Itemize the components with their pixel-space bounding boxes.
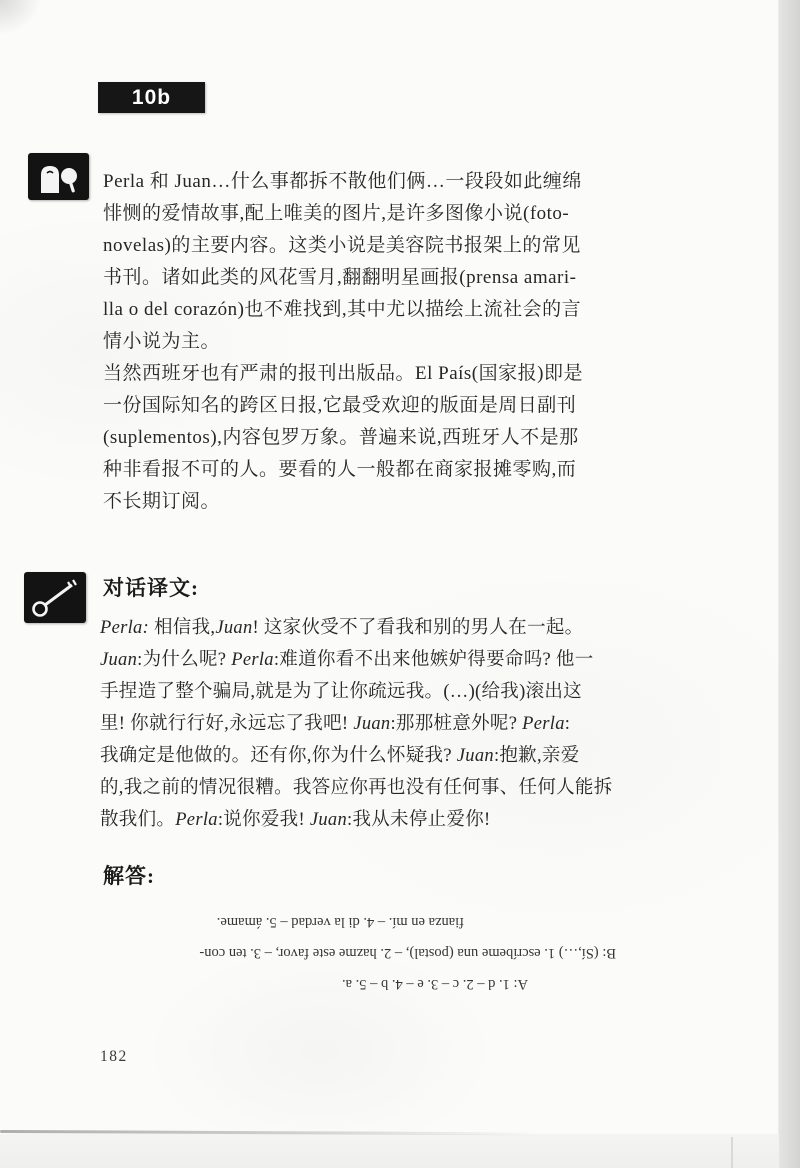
page-bottom-margin (0, 1134, 779, 1168)
culture-line: lla o del corazón)也不难找到,其中尤以描绘上流社会的言 (103, 294, 723, 326)
answer-line: A: 1. d – 2. c – 3. e – 4. b – 5. a. (124, 968, 528, 999)
culture-line: 不长期订阅。 (103, 486, 723, 518)
culture-line: novelas)的主要内容。这类小说是美容院书报架上的常见 (103, 230, 723, 262)
dialog-line: 里! 你就行行好,永远忘了我吧! Juan:那那桩意外呢? Perla: (100, 708, 725, 740)
culture-line: (suplementos),内容包罗万象。普遍来说,西班牙人不是那 (103, 422, 723, 454)
unit-badge: 10b (98, 82, 205, 113)
culture-text: Perla 和 Juan…什么事都拆不散他们俩…一段段如此缠绵悱恻的爱情故事,配… (103, 166, 723, 518)
culture-line: 悱恻的爱情故事,配上唯美的图片,是许多图像小说(foto- (103, 198, 723, 230)
culture-line: 书刊。诸如此类的风花雪月,翻翻明星画报(prensa amari- (103, 262, 723, 294)
answers-heading: 解答: (103, 860, 155, 890)
unit-badge-label: 10b (132, 86, 171, 110)
culture-line: 情小说为主。 (103, 326, 723, 358)
page-edge-shadow (778, 0, 800, 1168)
answer-line: fianza en mí. – 4. di la verdad – 5. áma… (124, 906, 464, 937)
book-page: 10b Perla 和 Juan…什么事都拆不散他们俩…一段段如此缠绵悱恻的爱情… (0, 0, 800, 1168)
culture-line: Perla 和 Juan…什么事都拆不散他们俩…一段段如此缠绵 (103, 166, 723, 198)
fotonovela-pictogram-icon (28, 153, 89, 200)
answer-key-icon (24, 572, 86, 623)
dialog-heading: 对话译文: (103, 572, 199, 602)
dialog-line: 我确定是他做的。还有你,你为什么怀疑我? Juan:抱歉,亲爱 (100, 740, 725, 772)
dialog-text: Perla: 相信我,Juan! 这家伙受不了看我和别的男人在一起。Juan:为… (100, 612, 725, 836)
answers-rotated-block: A: 1. d – 2. c – 3. e – 4. b – 5. a.B: (… (124, 906, 616, 999)
dialog-line: Perla: 相信我,Juan! 这家伙受不了看我和别的男人在一起。 (100, 612, 725, 644)
dialog-line: 手捏造了整个骗局,就是为了让你疏远我。(…)(给我)滚出这 (100, 676, 725, 708)
page-number: 182 (100, 1048, 128, 1066)
dialog-line: 的,我之前的情况很糟。我答应你再也没有任何事、任何人能拆 (100, 772, 725, 804)
scan-smudge (0, 0, 40, 34)
culture-line: 当然西班牙也有严肃的报刊出版品。El País(国家报)即是 (103, 358, 723, 390)
culture-line: 种非看报不可的人。要看的人一般都在商家报摊零购,而 (103, 454, 723, 486)
dialog-line: 散我们。Perla:说你爱我! Juan:我从未停止爱你! (100, 804, 725, 836)
culture-line: 一份国际知名的跨区日报,它最受欢迎的版面是周日副刊 (103, 390, 723, 422)
dialog-line: Juan:为什么呢? Perla:难道你看不出来他嫉妒得要命吗? 他一 (100, 644, 725, 676)
scan-streak (731, 1137, 733, 1168)
answer-line: B: (Sí,…) 1. escríbeme una (postal), – 2… (124, 937, 616, 968)
